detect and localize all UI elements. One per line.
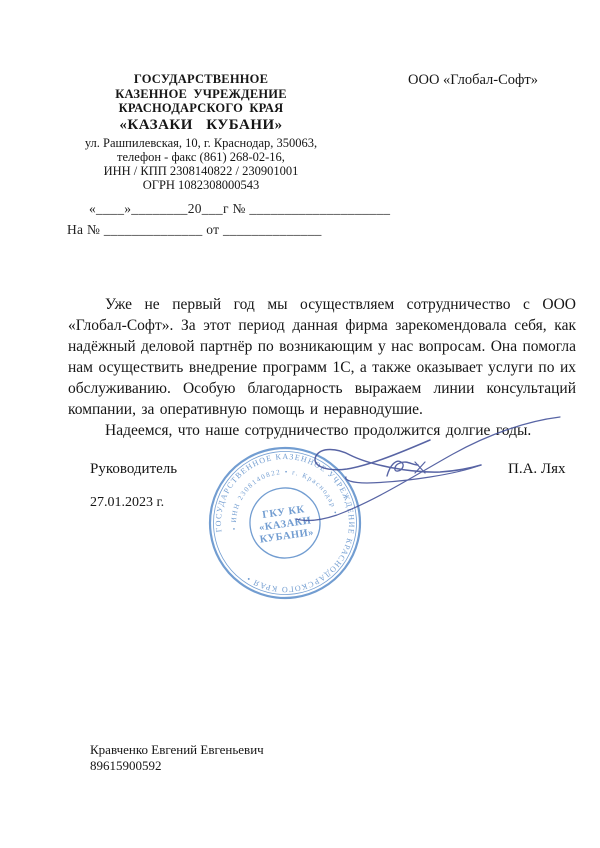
ogrn-line: ОГРН 1082308000543 <box>62 178 340 192</box>
org-name-line: КРАСНОДАРСКОГО КРАЯ <box>62 101 340 116</box>
letter-page: ГОСУДАРСТВЕННОЕ КАЗЕННОЕ УЧРЕЖДЕНИЕ КРАС… <box>0 0 600 848</box>
address-line: ул. Рашпилевская, 10, г. Краснодар, 3500… <box>62 136 340 150</box>
recipient-name: ООО «Глобал-Софт» <box>408 72 568 89</box>
org-address: ул. Рашпилевская, 10, г. Краснодар, 3500… <box>62 136 340 192</box>
letter-date: 27.01.2023 г. <box>90 495 164 511</box>
phone-line: телефон - факс (861) 268-02-16, <box>62 150 340 164</box>
handwritten-signature <box>275 410 567 532</box>
letterhead: ГОСУДАРСТВЕННОЕ КАЗЕННОЕ УЧРЕЖДЕНИЕ КРАС… <box>62 72 340 192</box>
executor-phone: 89615900592 <box>90 758 264 774</box>
incoming-number-line: На № ______________ от ______________ <box>67 219 390 240</box>
body-paragraph: Уже не первый год мы осуществляем сотруд… <box>68 294 576 420</box>
executor-block: Кравченко Евгений Евгеньевич 89615900592 <box>90 742 264 774</box>
signer-title: Руководитель <box>90 461 177 478</box>
org-name-line: КАЗЕННОЕ УЧРЕЖДЕНИЕ <box>62 87 340 102</box>
reference-block: «____»________20___г № _________________… <box>67 198 390 240</box>
inn-kpp-line: ИНН / КПП 2308140822 / 230901001 <box>62 164 340 178</box>
outgoing-date-line: «____»________20___г № _________________… <box>89 198 390 219</box>
executor-name: Кравченко Евгений Евгеньевич <box>90 742 264 758</box>
org-name-line: ГОСУДАРСТВЕННОЕ <box>62 72 340 87</box>
org-short-name: «КАЗАКИ КУБАНИ» <box>62 117 340 134</box>
